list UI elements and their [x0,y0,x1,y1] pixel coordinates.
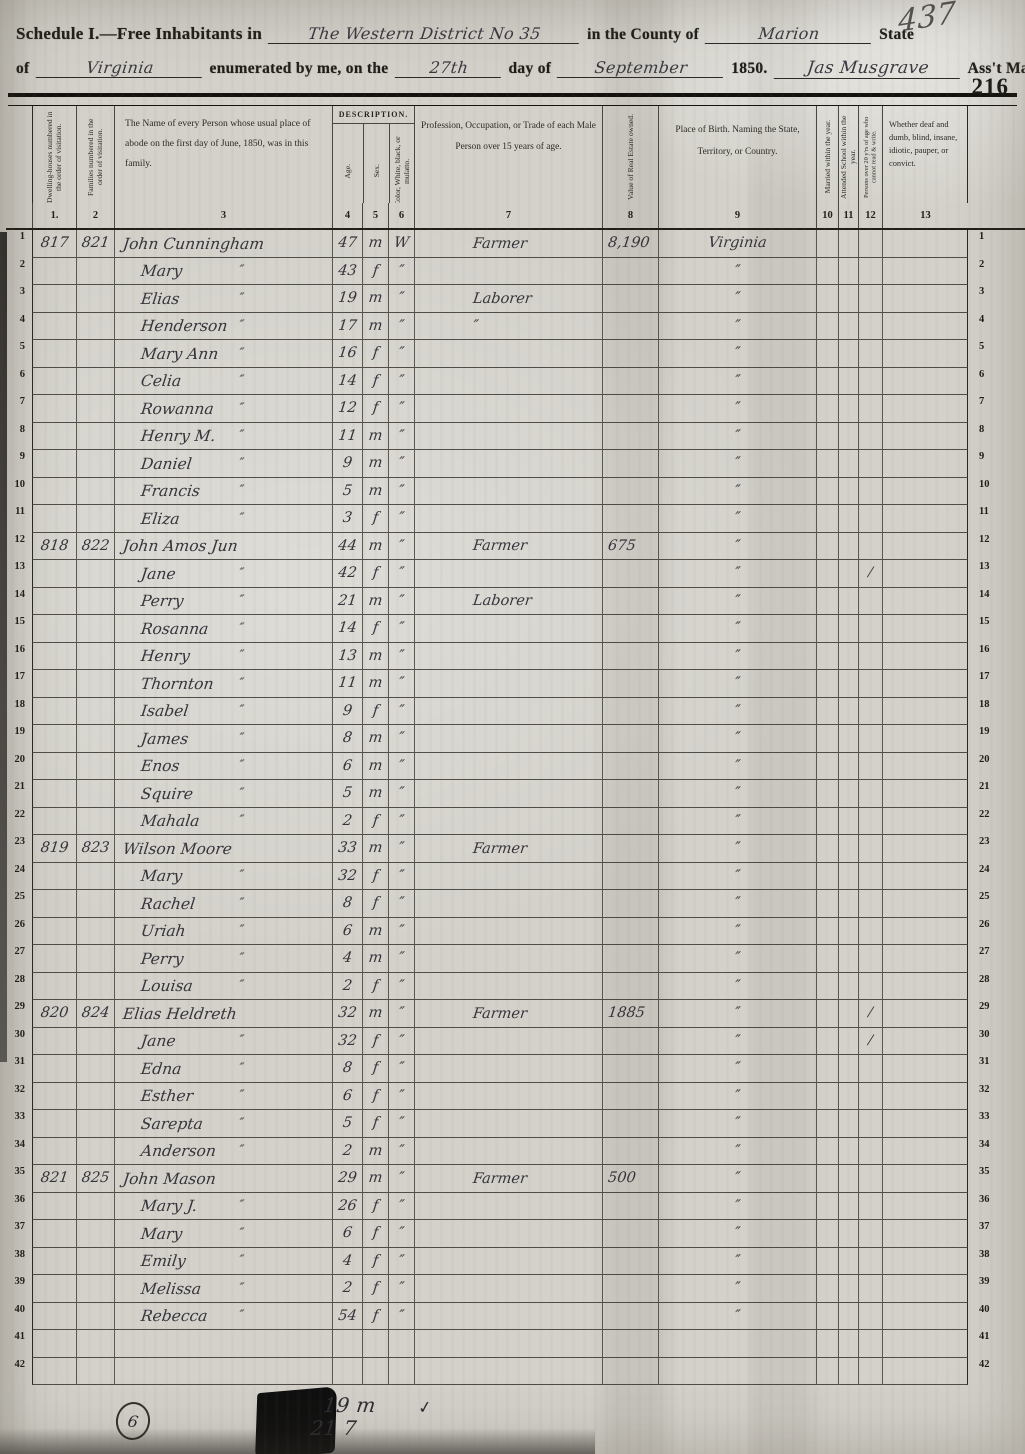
school-cell [838,1083,858,1111]
sex-value: f [361,1110,389,1136]
sex-value: f [361,1055,389,1081]
name-cell: Jane″ [114,560,332,588]
document-header: Schedule I.—Free Inhabitants in The West… [0,0,1025,79]
table-row: 38Emily″4f″″38 [6,1248,1025,1276]
table-row: 19James″8m″″19 [6,725,1025,753]
line-number-right: 1 [968,230,1004,258]
profession-column-header: Profession, Occupation, or Trade of each… [414,106,602,203]
birthplace-value: ″ [657,313,817,339]
line-number-left: 16 [6,643,32,671]
family-header-text: Families numbered in the order of visita… [86,110,104,204]
remarks-cell [882,505,968,533]
married-cell [816,560,838,588]
dwelling-header-text: Dwelling-houses numbered in the order of… [45,110,63,204]
school-cell [838,725,858,753]
occupation-cell [414,1248,602,1276]
name-cell: Francis″ [114,478,332,506]
married-cell [816,1110,838,1138]
color-value: ″ [387,1303,415,1329]
cannot-read-header-text: Persons over 20 y'rs of age who cannot r… [863,110,878,204]
remarks-cell [882,1358,968,1386]
remarks-cell [882,890,968,918]
line-number-left: 19 [6,725,32,753]
scan-bottom-shadow [0,1428,595,1454]
school-cell [838,368,858,396]
line-number-right: 5 [968,340,1004,368]
line-number-left: 8 [6,423,32,451]
header-line-1: Schedule I.—Free Inhabitants in The West… [16,24,1011,44]
birthplace-value: ″ [657,918,817,944]
of-label: of [16,60,30,78]
line-number-left: 15 [6,615,32,643]
married-cell [816,450,838,478]
color-value: ″ [387,1165,415,1191]
occupation-cell: Farmer [414,1165,602,1193]
remarks-cell [882,1303,968,1331]
line-number-left: 24 [6,863,32,891]
person-name: Mary Ann [140,342,220,366]
table-row: 34Anderson″2m″″34 [6,1138,1025,1166]
name-cell: Perry″ [114,588,332,616]
sex-value: m [361,230,389,256]
cannot-read-write-mark: / [857,1000,883,1026]
person-name: Rebecca [140,1304,209,1328]
table-row: 4141 [6,1330,1025,1358]
line-number-left: 27 [6,945,32,973]
line-number-right: 42 [968,1358,1004,1386]
birthplace-value: ″ [657,1248,817,1274]
real-estate-value: 8,190 [606,230,659,256]
sex-value: m [361,670,389,696]
birthplace-header-text: Place of Birth. Naming the State, Territ… [659,106,816,163]
table-row: 30Jane″32f″″/30 [6,1028,1025,1056]
married-cell [816,505,838,533]
remarks-cell [882,808,968,836]
name-cell: Enos″ [114,753,332,781]
person-name: Perry [140,947,185,971]
name-cell: Rosanna″ [114,615,332,643]
school-cell [838,973,858,1001]
school-cell [838,753,858,781]
state-label: State [879,26,914,44]
age-value: 26 [331,1193,363,1219]
name-cell: Celia″ [114,368,332,396]
name-cell: Wilson Moore [114,835,332,863]
school-cell [838,588,858,616]
line-number-left: 30 [6,1028,32,1056]
family-number: 822 [75,533,115,559]
column-number-6: 6 [388,203,414,228]
line-number-right: 8 [968,423,1004,451]
color-value: ″ [387,1083,415,1109]
sex-value: m [361,313,389,339]
surname-ditto-mark: ″ [237,343,245,365]
family-number: 821 [75,230,115,256]
school-cell [838,1358,858,1386]
person-name: Mary [140,259,184,283]
person-name: Esther [140,1084,195,1108]
occupation-value: Farmer [472,232,529,256]
remarks-cell [882,1275,968,1303]
surname-ditto-mark: ″ [237,288,245,310]
value-header-text: Value of Real Estate owned. [626,114,635,200]
name-cell: Esther″ [114,1083,332,1111]
surname-ditto-mark: ″ [237,618,245,640]
married-cell [816,588,838,616]
occupation-value: Laborer [472,589,534,613]
color-value: ″ [387,1028,415,1054]
birthplace-value: ″ [657,945,817,971]
birthplace-value: ″ [657,643,817,669]
table-row: 27Perry″4m″″27 [6,945,1025,973]
line-number-right: 22 [968,808,1004,836]
age-value: 43 [331,258,363,284]
remarks-cell [882,258,968,286]
name-column-header: The Name of every Person whose usual pla… [114,106,332,203]
line-number-left: 2 [6,258,32,286]
line-number-right: 25 [968,890,1004,918]
sex-value: m [361,285,389,311]
line-number-left: 35 [6,1165,32,1193]
married-cell [816,1138,838,1166]
person-name: Melissa [140,1277,203,1301]
occupation-cell [414,1220,602,1248]
line-number-left: 21 [6,780,32,808]
married-header-text: Married within the year. [823,120,832,193]
surname-ditto-mark: ″ [237,728,245,750]
color-value: ″ [387,368,415,394]
married-cell [816,533,838,561]
color-value: W [387,230,415,256]
birthplace-value: ″ [657,1000,817,1026]
person-name: Wilson Moore [122,837,234,861]
line-number-left: 1 [6,230,32,258]
line-number-left: 32 [6,1083,32,1111]
married-cell [816,1330,838,1358]
line-number-left: 40 [6,1303,32,1331]
line-number-left: 41 [6,1330,32,1358]
name-cell: Squire″ [114,780,332,808]
description-subcolumns: Age. Sex. Color, White, black, or mulatt… [333,124,414,203]
name-cell: Mary″ [114,1220,332,1248]
married-cell [816,725,838,753]
remarks-cell [882,285,968,313]
table-row: 4242 [6,1358,1025,1386]
line-number-right: 34 [968,1138,1004,1166]
person-name: Jane [140,1029,178,1053]
line-number-left: 39 [6,1275,32,1303]
gutter-right-header [968,106,1004,203]
line-number-right: 9 [968,450,1004,478]
table-body: 1817821John Cunningham47mWFarmer8,190Vir… [6,230,1025,1385]
sex-value: f [361,1220,389,1246]
color-column-header: Color, White, black, or mulatto. [389,124,414,203]
name-cell: Uriah″ [114,918,332,946]
remarks-cell [882,725,968,753]
sex-value: f [361,1028,389,1054]
line-number-left: 31 [6,1055,32,1083]
birthplace-value: ″ [657,1165,817,1191]
age-value: 8 [331,725,363,751]
age-value: 11 [331,423,363,449]
line-number-right: 14 [968,588,1004,616]
sex-value: f [361,258,389,284]
color-value: ″ [387,505,415,531]
age-value: 3 [331,505,363,531]
column-number-9: 9 [658,203,816,228]
table-row: 17Thornton″11m″″17 [6,670,1025,698]
sex-value: m [361,450,389,476]
sex-value: f [361,808,389,834]
name-cell: Mary″ [114,863,332,891]
school-cell [838,1055,858,1083]
person-name: Mahala [140,809,201,833]
remarks-cell [882,423,968,451]
surname-ditto-mark: ″ [237,453,245,475]
surname-ditto-mark: ″ [237,1140,245,1162]
gutter-left-header [6,106,32,203]
occupation-cell [414,450,602,478]
line-number-left: 5 [6,340,32,368]
age-value: 5 [331,780,363,806]
occupation-value: Farmer [472,837,529,861]
occupation-cell [414,1028,602,1056]
column-number-7: 7 [414,203,602,228]
column-number-4: 4 [332,203,362,228]
name-cell: Rachel″ [114,890,332,918]
month-entry: September [557,58,725,78]
school-cell [838,1248,858,1276]
surname-ditto-mark: ″ [237,755,245,777]
name-cell [114,1358,332,1386]
occupation-cell [414,395,602,423]
person-name: Emily [140,1249,188,1273]
birthplace-value: ″ [657,698,817,724]
table-row: 2Mary″43f″″2 [6,258,1025,286]
column-number-12: 12 [858,203,882,228]
surname-ditto-mark: ″ [237,1278,245,1300]
line-number-right: 18 [968,698,1004,726]
sex-value: m [361,533,389,559]
birthplace-value: ″ [657,423,817,449]
birthplace-value: ″ [657,560,817,586]
married-cell [816,258,838,286]
married-cell [816,863,838,891]
birthplace-value: ″ [657,890,817,916]
school-column-header: Attended School within the year. [838,106,858,203]
person-name: John Amos Jun [122,534,240,558]
line-number-right: 7 [968,395,1004,423]
table-row: 14Perry″21m″Laborer″14 [6,588,1025,616]
age-value: 54 [331,1303,363,1329]
age-header-text: Age. [343,164,352,179]
school-cell [838,1000,858,1028]
remarks-cell [882,973,968,1001]
occupation-cell [414,478,602,506]
color-value: ″ [387,450,415,476]
person-name: John Mason [122,1167,218,1191]
school-cell [838,560,858,588]
age-value: 5 [331,1110,363,1136]
line-number-left: 37 [6,1220,32,1248]
occupation-cell [414,1330,602,1358]
column-number-1: 1. [32,203,76,228]
color-header-text: Color, White, black, or mulatto. [393,124,411,203]
table-row: 3Elias″19m″Laborer″3 [6,285,1025,313]
school-cell [838,1110,858,1138]
surname-ditto-mark: ″ [237,975,245,997]
remarks-cell [882,1165,968,1193]
line-number-left: 7 [6,395,32,423]
table-row: 29820824Elias Heldreth32m″Farmer1885″/29 [6,1000,1025,1028]
school-cell [838,1193,858,1221]
remarks-cell [882,368,968,396]
color-value: ″ [387,1110,415,1136]
line-number-right: 4 [968,313,1004,341]
school-cell [838,258,858,286]
school-cell [838,505,858,533]
remarks-cell [882,945,968,973]
birthplace-value: ″ [657,1028,817,1054]
occupation-cell [414,643,602,671]
name-cell: Emily″ [114,1248,332,1276]
color-value: ″ [387,423,415,449]
birthplace-value: Virginia [657,230,817,256]
school-cell [838,1220,858,1248]
line-number-right: 17 [968,670,1004,698]
description-column-group: DESCRIPTION. Age. Sex. Color, White, bla… [332,106,414,203]
occupation-cell [414,1083,602,1111]
gutter-left-number [6,203,32,228]
dwelling-number: 818 [31,533,77,559]
remarks-cell [882,1055,968,1083]
school-cell [838,395,858,423]
cannot-read-write-mark: / [857,560,883,586]
sex-value: f [361,560,389,586]
color-value: ″ [387,918,415,944]
line-number-right: 38 [968,1248,1004,1276]
color-value: ″ [387,890,415,916]
description-label: DESCRIPTION. [333,106,414,124]
married-cell [816,1055,838,1083]
surname-ditto-mark: ″ [237,1058,245,1080]
deaf-dumb-header-text: Whether deaf and dumb, blind, insane, id… [883,106,967,170]
sex-value: f [361,1248,389,1274]
birthplace-value: ″ [657,808,817,834]
school-cell [838,1303,858,1331]
census-table: Dwelling-houses numbered in the order of… [6,106,1025,1385]
age-value: 17 [331,313,363,339]
line-number-right: 39 [968,1275,1004,1303]
age-value: 29 [331,1165,363,1191]
name-cell: Perry″ [114,945,332,973]
line-number-right: 15 [968,615,1004,643]
birthplace-value: ″ [657,340,817,366]
person-name: John Cunningham [122,232,266,256]
page-number: 216 [972,74,1010,100]
color-value: ″ [387,670,415,696]
column-number-row: 1. 2 3 4 5 6 7 8 9 10 11 12 13 [6,203,1025,230]
sex-value: f [361,395,389,421]
age-value: 32 [331,863,363,889]
surname-ditto-mark: ″ [237,1030,245,1052]
person-name: Elias [140,287,181,311]
age-value: 6 [331,1083,363,1109]
occupation-cell [414,753,602,781]
table-row: 37Mary″6f″″37 [6,1220,1025,1248]
school-cell [838,835,858,863]
name-cell: Mahala″ [114,808,332,836]
person-name: Jane [140,562,178,586]
sex-value: f [361,1275,389,1301]
married-cell [816,230,838,258]
married-cell [816,1165,838,1193]
color-value: ″ [387,1248,415,1274]
birthplace-value: ″ [657,258,817,284]
birthplace-value: ″ [657,1110,817,1136]
line-number-right: 12 [968,533,1004,561]
dwelling-number: 820 [31,1000,77,1026]
age-value: 32 [331,1028,363,1054]
table-row: 24Mary″32f″″24 [6,863,1025,891]
school-cell [838,340,858,368]
gutter-right-number [968,203,1004,228]
line-number-left: 29 [6,1000,32,1028]
occupation-cell [414,1193,602,1221]
person-name: Henderson [140,314,229,338]
person-name: Isabel [140,699,190,723]
married-cell [816,1358,838,1386]
cannot-read-column-header: Persons over 20 y'rs of age who cannot r… [858,106,882,203]
birthplace-value: ″ [657,588,817,614]
state-entry: Virginia [35,58,203,78]
sex-value: m [361,725,389,751]
real-estate-value: 675 [606,533,659,559]
tally-check-mark: ✓ [417,1397,434,1419]
occupation-value: Farmer [472,534,529,558]
age-value: 14 [331,368,363,394]
surname-ditto-mark: ″ [237,260,245,282]
age-value: 14 [331,615,363,641]
age-value: 2 [331,1138,363,1164]
name-cell: Rebecca″ [114,1303,332,1331]
age-value: 2 [331,808,363,834]
remarks-cell [882,1330,968,1358]
birthplace-value: ″ [657,670,817,696]
line-number-right: 31 [968,1055,1004,1083]
age-value: 8 [331,1055,363,1081]
name-cell: Elias″ [114,285,332,313]
birthplace-value: ″ [657,1220,817,1246]
deaf-dumb-column-header: Whether deaf and dumb, blind, insane, id… [882,106,968,203]
married-cell [816,643,838,671]
sex-value: f [361,340,389,366]
occupation-cell [414,890,602,918]
table-row: 25Rachel″8f″″25 [6,890,1025,918]
remarks-cell [882,478,968,506]
surname-ditto-mark: ″ [237,563,245,585]
married-cell [816,753,838,781]
school-cell [838,1138,858,1166]
line-number-left: 28 [6,973,32,1001]
occupation-cell [414,1138,602,1166]
cannot-read-write-mark: / [857,1028,883,1054]
color-value: ″ [387,808,415,834]
birthplace-value: ″ [657,615,817,641]
person-name: Perry [140,589,185,613]
age-value: 19 [331,285,363,311]
name-cell: Anderson″ [114,1138,332,1166]
